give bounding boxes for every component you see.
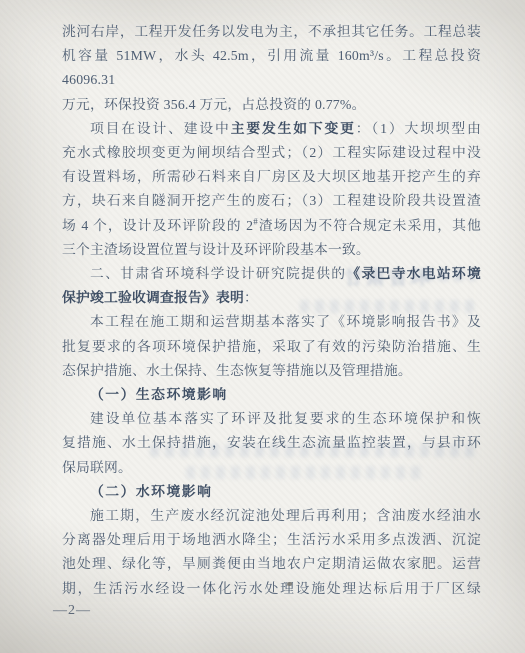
text-segment: 渣场因为不符合规定未采用，其他 [258,218,481,233]
text-segment: 有设置料场，所需砂石料来自厂房区及大坝区地基开挖产生的弃 [62,169,481,184]
text-segment: 池处理、绿化等，旱厕粪便由当地农户定期清运做农家肥。运营 [62,556,481,571]
text-line: 机容量 51MW，水头 42.5m，引用流量 160m³/s。工程总投资 460… [62,44,481,92]
bold-text-segment: 保护竣工验收调查报告》表明 [62,290,244,305]
text-segment: 批复要求的各项环境保护措施，采取了有效的污染防治措施、生 [62,339,481,354]
text-line: 施工期，生产废水经沉淀池处理后再利用；含油废水经油水 [62,504,481,528]
bold-text-segment: （一）生态环境影响 [90,387,228,402]
text-line: 保护竣工验收调查报告》表明： [62,286,481,310]
section-heading: （二）水环境影响 [62,480,481,504]
text-segment: 分离器处理后用于场地洒水降尘；生活污水采用多点泼洒、沉淀 [62,532,481,547]
document-page: 甘肃省环 洮河右岸，工程开发任务以发电为主，不承担其它任务。工程总装机容量 51… [0,0,525,653]
text-line: 复措施、水土保持措施，安装在线生态流量监控装置，与县市环 [62,431,481,455]
text-segment: ： [244,290,258,305]
text-line: 分离器处理后用于场地洒水降尘；生活污水采用多点泼洒、沉淀 [62,528,481,552]
text-segment: 场 4 个，设计及环评阶段的 2 [62,218,253,233]
text-segment: 三个主渣场设置位置与设计及环评阶段基本一致。 [62,242,370,257]
text-segment: 充水式橡胶坝变更为闸坝结合型式；（2）工程实际建设过程中没 [62,145,481,160]
text-segment: 建设单位基本落实了环评及批复要求的生态环境保护和恢 [90,411,481,426]
text-line: 场 4 个，设计及环评阶段的 2#渣场因为不符合规定未采用，其他 [62,214,481,238]
text-segment: 保局联网。 [62,460,132,475]
text-line: 三个主渣场设置位置与设计及环评阶段基本一致。 [62,238,481,262]
text-segment: 机容量 51MW，水头 42.5m，引用流量 160m³/s。工程总投资 460… [62,48,481,87]
text-segment: 万元，环保投资 356.4 万元，占总投资的 0.77%。 [62,97,366,112]
text-line: 项目在设计、建设中主要发生如下变更：（1）大坝坝型由 [62,117,481,141]
text-line: 建设单位基本落实了环评及批复要求的生态环境保护和恢 [62,407,481,431]
text-segment: 二、甘肃省环境科学设计研究院提供的 [90,266,346,281]
text-line: 批复要求的各项环境保护措施，采取了有效的污染防治措施、生 [62,335,481,359]
bold-text-segment: 主要发生如下变更 [231,121,356,136]
text-segment: ：（1）大坝坝型由 [356,121,481,136]
text-segment: 洮河右岸，工程开发任务以发电为主，不承担其它任务。工程总装 [62,24,481,39]
bold-text-segment: 《录巴寺水电站环境 [346,266,481,281]
text-line: 期，生活污水经设一体化污水处理设施处理达标后用于厂区绿 [62,577,481,601]
ink-speck [287,582,292,586]
text-segment: 本工程在施工期和运营期基本落实了《环境影响报告书》及 [90,314,481,329]
text-segment: 方，块石来自隧洞开挖产生的废石；（3）工程建设阶段共设置渣 [62,193,481,208]
text-segment: 施工期，生产废水经沉淀池处理后再利用；含油废水经油水 [90,508,481,523]
text-line: 本工程在施工期和运营期基本落实了《环境影响报告书》及 [62,310,481,334]
text-line: 二、甘肃省环境科学设计研究院提供的《录巴寺水电站环境 [62,262,481,286]
text-line: 池处理、绿化等，旱厕粪便由当地农户定期清运做农家肥。运营 [62,552,481,576]
text-line: 态保护措施、水土保持、生态恢复等措施以及管理措施。 [62,359,481,383]
text-line: 充水式橡胶坝变更为闸坝结合型式；（2）工程实际建设过程中没 [62,141,481,165]
text-line: 万元，环保投资 356.4 万元，占总投资的 0.77%。 [62,93,481,117]
text-segment: 项目在设计、建设中 [90,121,231,136]
text-line: 方，块石来自隧洞开挖产生的废石；（3）工程建设阶段共设置渣 [62,189,481,213]
text-line: 有设置料场，所需砂石料来自厂房区及大坝区地基开挖产生的弃 [62,165,481,189]
bold-text-segment: （二）水环境影响 [90,484,212,499]
page-number: —2— [53,603,91,619]
section-heading: （一）生态环境影响 [62,383,481,407]
text-segment: 复措施、水土保持措施，安装在线生态流量监控装置，与县市环 [62,435,481,450]
document-body: 洮河右岸，工程开发任务以发电为主，不承担其它任务。工程总装机容量 51MW，水头… [62,20,481,601]
text-segment: 态保护措施、水土保持、生态恢复等措施以及管理措施。 [62,363,412,378]
text-line: 洮河右岸，工程开发任务以发电为主，不承担其它任务。工程总装 [62,20,481,44]
text-line: 保局联网。 [62,456,481,480]
text-segment: 期，生活污水经设一体化污水处理设施处理达标后用于厂区绿 [62,581,481,596]
